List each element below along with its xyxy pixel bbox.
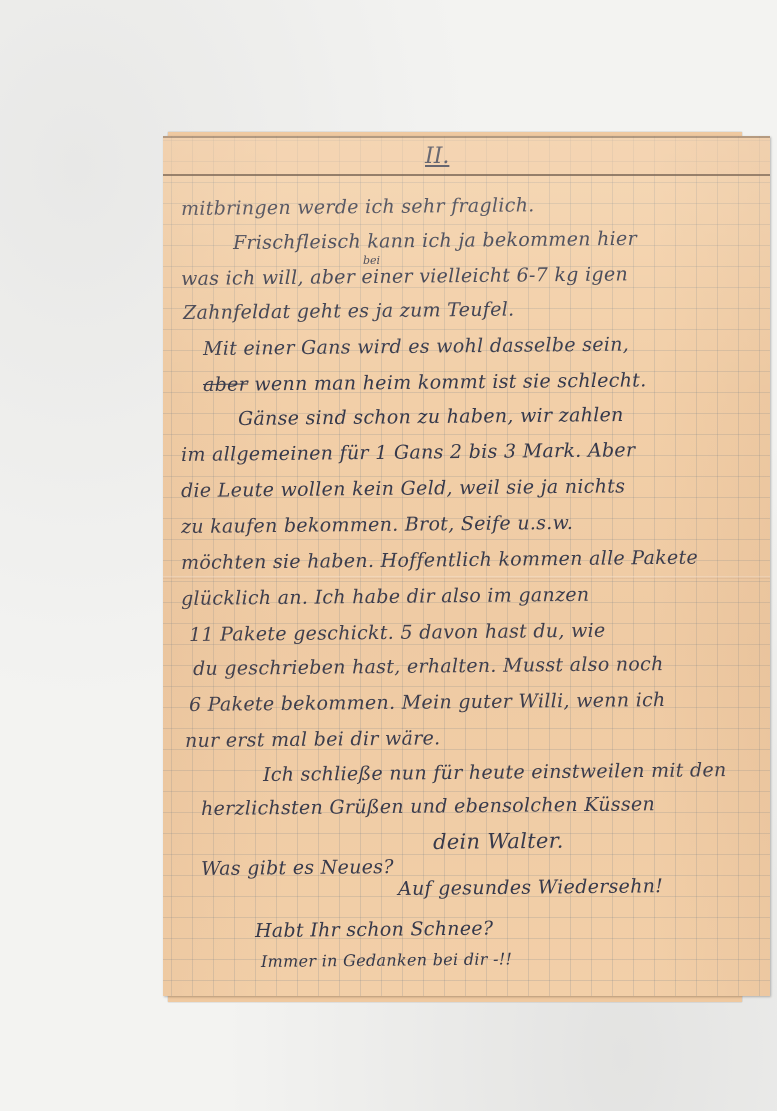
- letter-line: 6 Pakete bekommen. Mein guter Willi, wen…: [189, 689, 666, 716]
- letter-line: du geschrieben hast, erhalten. Musst als…: [193, 653, 664, 680]
- postscript-line: Was gibt es Neues?: [201, 856, 394, 880]
- letter-line: Gänse sind schon zu haben, wir zahlen: [238, 404, 624, 430]
- letter-page: II. mitbringen werde ich sehr fraglich. …: [163, 136, 770, 996]
- letter-line: die Leute wollen kein Geld, weil sie ja …: [181, 475, 625, 502]
- letter-line: glücklich an. Ich habe dir also im ganze…: [181, 584, 590, 610]
- postscript-line: Immer in Gedanken bei dir -!!: [261, 949, 512, 971]
- letter-line: was ich will, aber einer vielleicht 6-7 …: [181, 263, 628, 290]
- page-number: II.: [425, 144, 449, 169]
- letter-line: Zahnfeldat geht es ja zum Teufel.: [183, 299, 515, 324]
- letter-line: herzlichsten Grüßen und ebensolchen Küss…: [201, 793, 655, 820]
- letter-line: Frischfleisch kann ich ja bekommen hier: [233, 228, 637, 254]
- letter-line: nur erst mal bei dir wäre.: [185, 727, 441, 752]
- letter-line: 11 Pakete geschickt. 5 davon hast du, wi…: [189, 620, 606, 646]
- letter-line: Ich schließe nun für heute einstweilen m…: [263, 759, 727, 786]
- letter-line-text: wenn man heim kommt ist sie schlecht.: [254, 369, 646, 395]
- folded-top-strip: II.: [163, 136, 770, 176]
- letter-line: möchten sie haben. Hoffentlich kommen al…: [181, 547, 698, 574]
- letter-line: mitbringen werde ich sehr fraglich.: [181, 194, 535, 220]
- crossed-out-word: aber: [203, 374, 248, 396]
- fold-crease: [163, 576, 770, 579]
- letter-line: Mit einer Gans wird es wohl dasselbe sei…: [203, 334, 629, 360]
- letter-line-with-strikeout: aber wenn man heim kommt ist sie schlech…: [203, 369, 647, 396]
- letter-line: zu kaufen bekommen. Brot, Seife u.s.w.: [181, 512, 573, 538]
- signature: dein Walter.: [433, 829, 564, 854]
- postscript-line: Auf gesundes Wiedersehn!: [398, 875, 663, 900]
- postscript-line: Habt Ihr schon Schnee?: [255, 918, 494, 942]
- letter-line: im allgemeinen für 1 Gans 2 bis 3 Mark. …: [181, 439, 636, 466]
